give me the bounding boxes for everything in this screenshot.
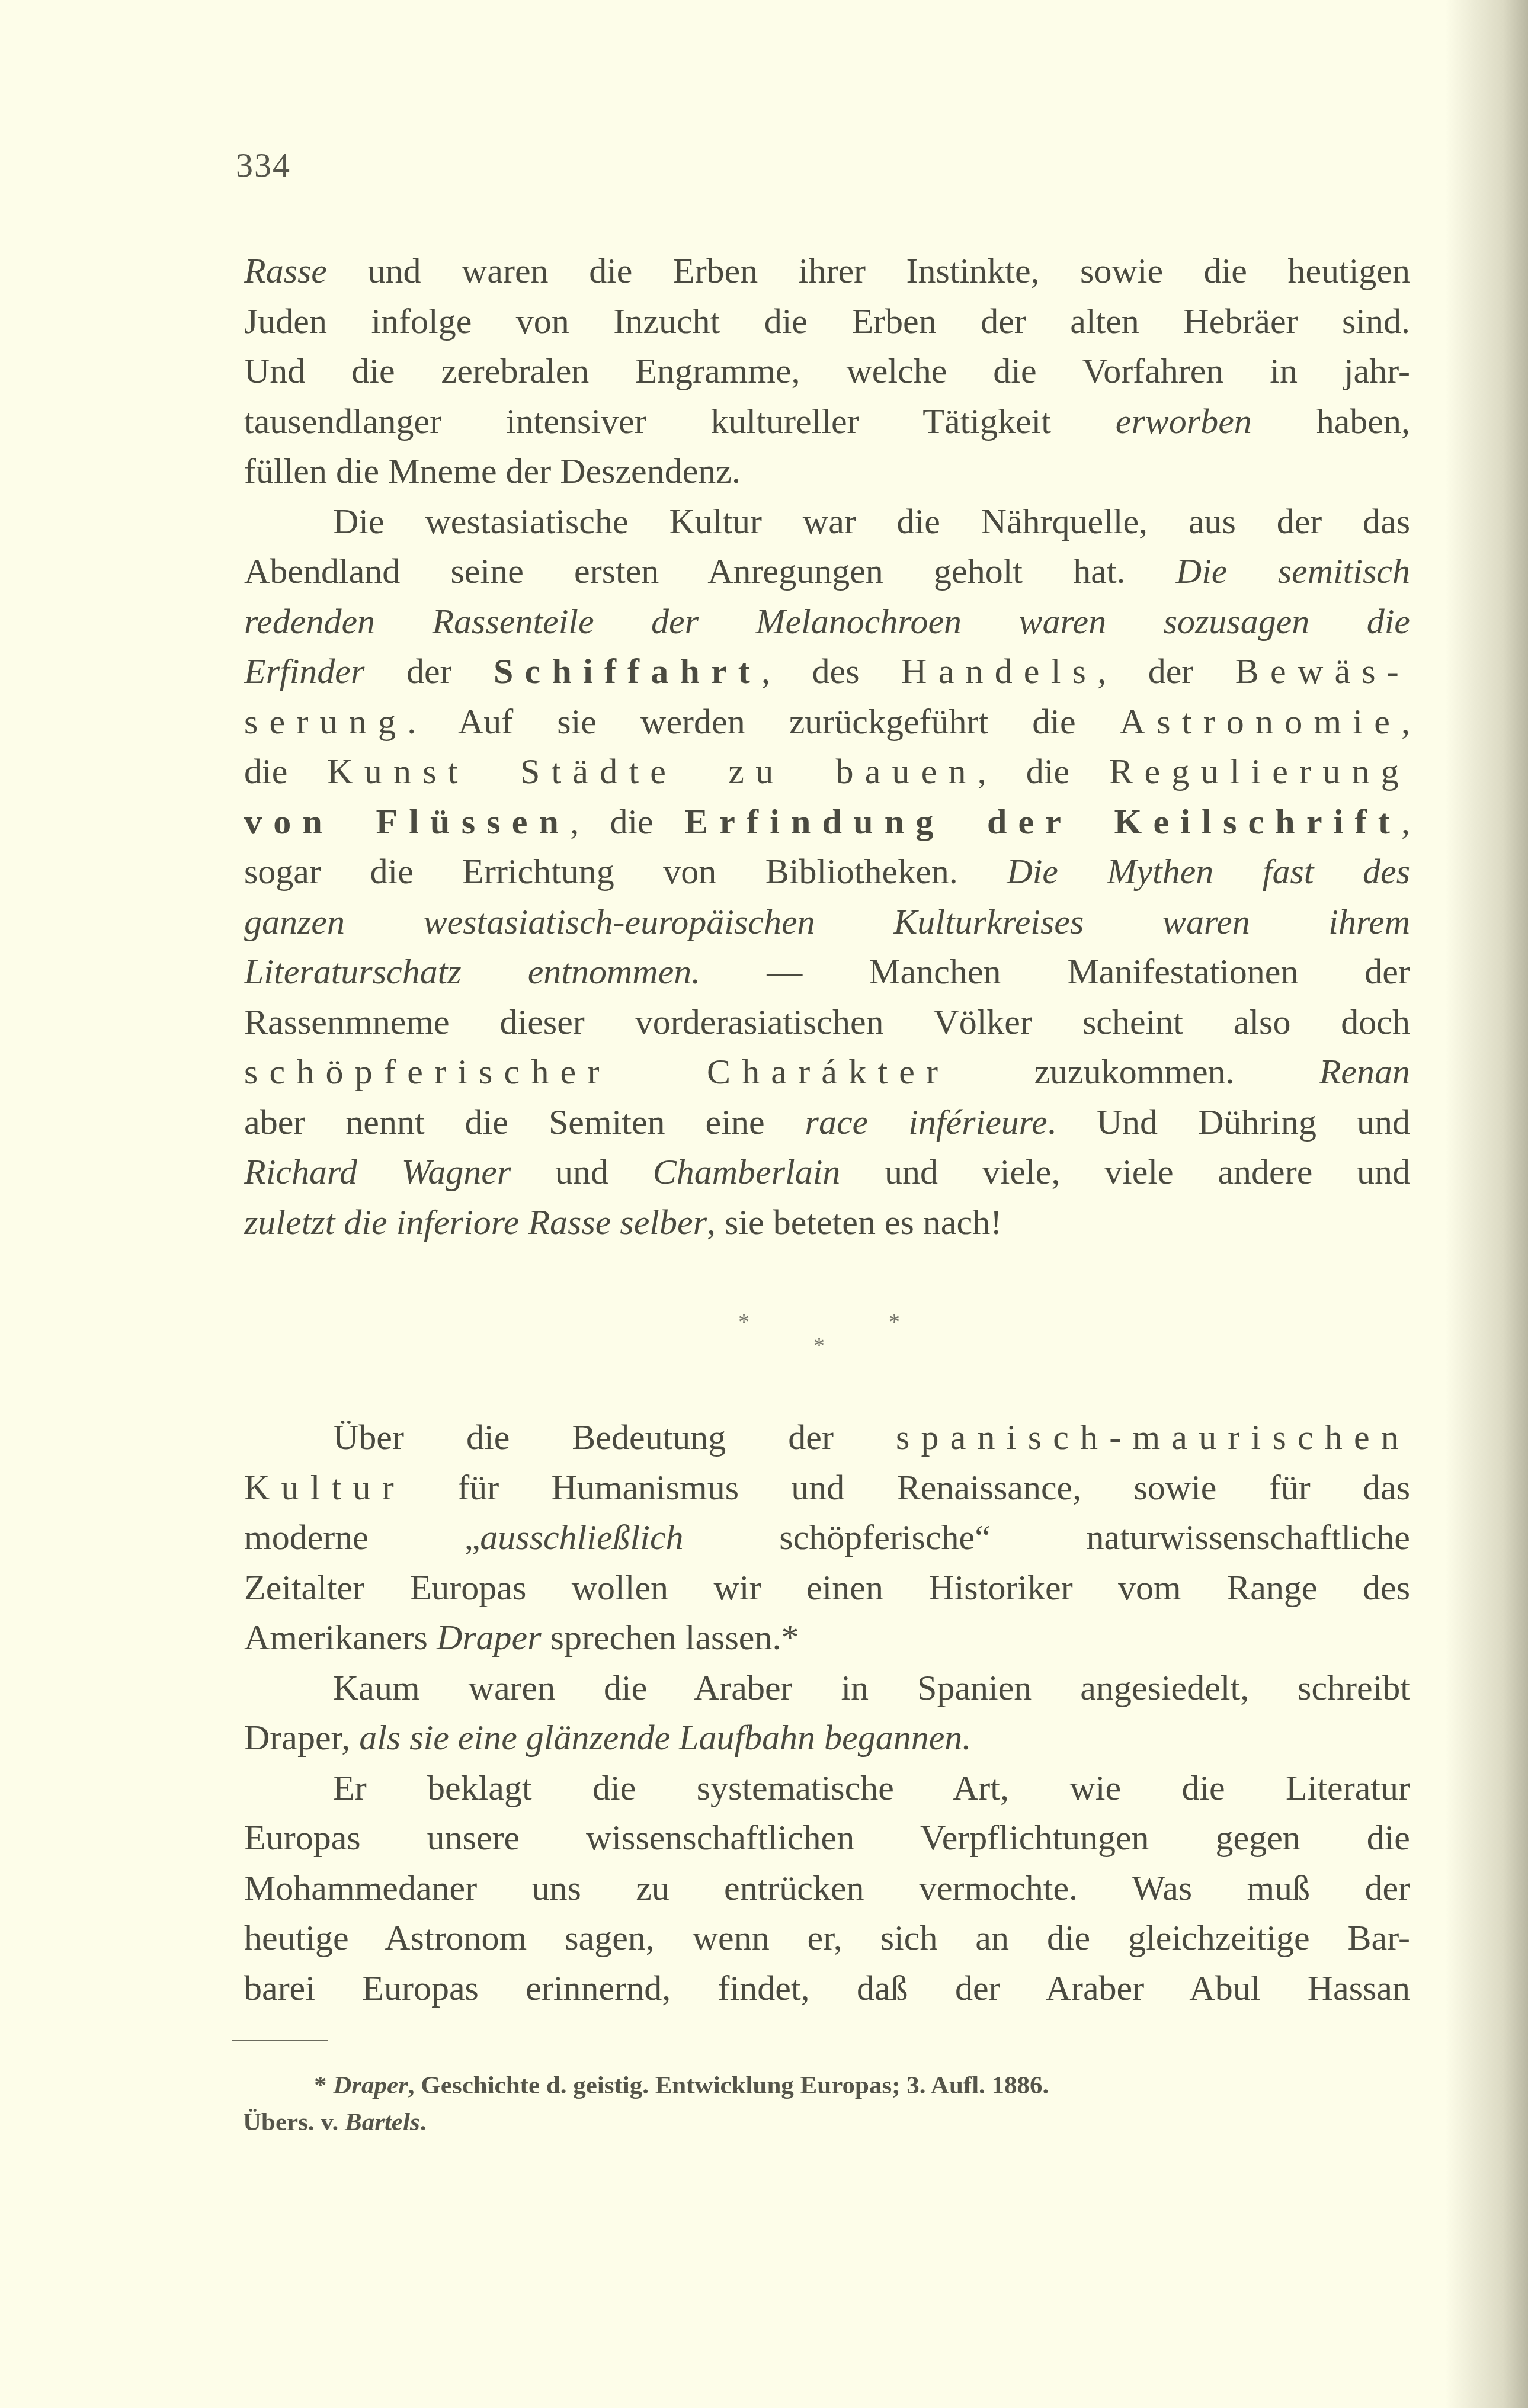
page-number: 334 [236, 145, 291, 185]
footnote-line: * Draper, Geschichte d. geistig. Entwick… [243, 2067, 1398, 2104]
text-line: Richard Wagner und Chamberlain und viele… [244, 1147, 1410, 1197]
text-line: tausendlanger intensiver kultureller Tät… [244, 396, 1410, 447]
text-line: Über die Bedeutung der spanisch-maurisch… [244, 1412, 1410, 1463]
text-line: Amerikaners Draper sprechen lassen.* [244, 1612, 1410, 1663]
text-line: aber nennt die Semiten eine race inférie… [244, 1097, 1410, 1147]
text-line: Rasse und waren die Erben ihrer Instinkt… [244, 246, 1410, 296]
text-line: Rassenmneme dieser vorderasiatischen Völ… [244, 997, 1410, 1047]
text-line: Literaturschatz entnommen. — Manchen Man… [244, 947, 1410, 997]
asterisk-icon: * [813, 1333, 825, 1359]
asterisk-icon: * [738, 1309, 749, 1335]
asterisk-icon: * [889, 1309, 900, 1335]
text-line: Mohammedaner uns zu entrücken vermochte.… [244, 1863, 1410, 1913]
text-line: Kultur für Humanismus und Renaissance, s… [244, 1463, 1410, 1513]
text-line: sogar die Errichtung von Bibliotheken. D… [244, 847, 1410, 897]
text-line: serung. Auf sie werden zurückgeführt die… [244, 697, 1410, 747]
text-line: Erfinder der Schiffahrt, des Handels, de… [244, 646, 1410, 697]
text-line: Abendland seine ersten Anregungen geholt… [244, 546, 1410, 597]
text-line: Er beklagt die systematische Art, wie di… [244, 1763, 1410, 1813]
text-line: Die westasiatische Kultur war die Nährqu… [244, 496, 1410, 547]
footnote-divider [232, 2040, 328, 2041]
footnote-line: Übers. v. Bartels. [243, 2104, 1398, 2141]
text-line: schöpferischer Charákter zuzukommen. Ren… [244, 1047, 1410, 1097]
footnote: * Draper, Geschichte d. geistig. Entwick… [243, 2067, 1398, 2141]
section-separator-asterism: * * * [0, 1309, 1528, 1380]
text-line: Juden infolge von Inzucht die Erben der … [244, 296, 1410, 347]
text-line: die Kunst Städte zu bauen, die Regulieru… [244, 746, 1410, 797]
text-line: heutige Astronom sagen, wenn er, sich an… [244, 1913, 1410, 1963]
text-line: Zeitalter Europas wollen wir einen Histo… [244, 1563, 1410, 1613]
page-edge-shadow [1445, 0, 1528, 2408]
text-line: Und die zerebralen Engramme, welche die … [244, 346, 1410, 396]
text-line: von Flüssen, die Erfindung der Keilschri… [244, 797, 1410, 847]
text-line: redenden Rassenteile der Melanochroen wa… [244, 597, 1410, 647]
text-line: barei Europas erinnernd, findet, daß der… [244, 1963, 1410, 2013]
text-line: Draper, als sie eine glänzende Laufbahn … [244, 1713, 1410, 1763]
text-line: füllen die Mneme der Deszendenz. [244, 446, 1410, 496]
text-line: moderne „ausschließlich schöpferische“ n… [244, 1512, 1410, 1563]
text-line: Kaum waren die Araber in Spanien angesie… [244, 1663, 1410, 1713]
text-line: Europas unsere wissenschaftlichen Verpfl… [244, 1813, 1410, 1863]
body-text-continued: Über die Bedeutung der spanisch-maurisch… [244, 1412, 1410, 2013]
text-line: ganzen westasiatisch-europäischen Kultur… [244, 897, 1410, 947]
body-text: Rasse und waren die Erben ihrer Instinkt… [244, 246, 1410, 1247]
text-line: zuletzt die inferiore Rasse selber, sie … [244, 1197, 1410, 1248]
